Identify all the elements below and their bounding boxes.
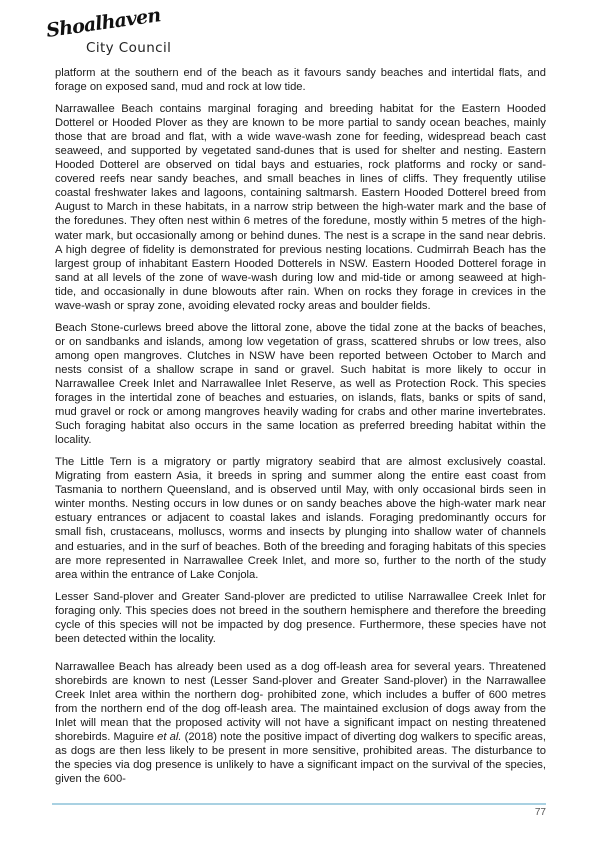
paragraph-continued: platform at the southern end of the beac… <box>55 66 546 94</box>
paragraph-little-tern: The Little Tern is a migratory or partly… <box>55 455 546 581</box>
footer-rule <box>52 803 546 805</box>
paragraph-hooded-dotterel: Narrawallee Beach contains marginal fora… <box>55 102 546 313</box>
paragraph-off-leash-impact: Narrawallee Beach has already been used … <box>55 660 546 786</box>
shoalhaven-city-council-logo: Shoalhaven City Council <box>48 20 178 60</box>
document-body: platform at the southern end of the beac… <box>55 66 546 794</box>
logo-script-text: Shoalhaven <box>45 4 162 42</box>
paragraph-beach-stone-curlew: Beach Stone-curlews breed above the litt… <box>55 321 546 447</box>
paragraph-sand-plovers: Lesser Sand-plover and Greater Sand-plov… <box>55 590 546 646</box>
logo-sub-text: City Council <box>86 40 171 56</box>
citation-et-al: et al. <box>157 731 181 743</box>
page-number: 77 <box>528 807 546 818</box>
